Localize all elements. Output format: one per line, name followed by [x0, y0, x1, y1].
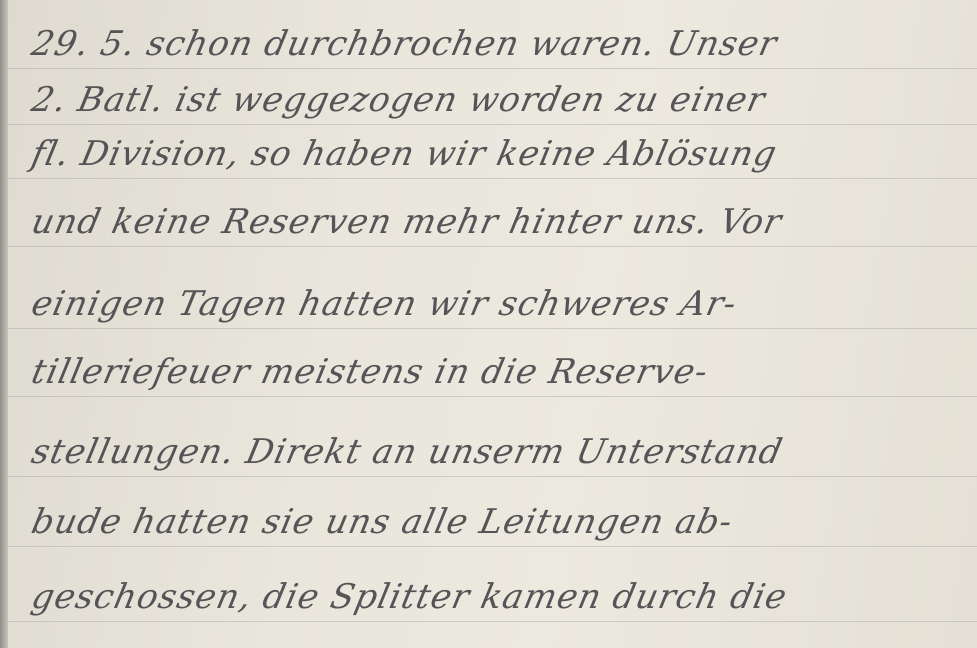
text-line-3: fl. Division, so haben wir keine Ablösun…	[28, 134, 966, 174]
ruled-line	[8, 246, 977, 247]
page-binding-edge	[0, 0, 8, 648]
text-line-9: geschossen, die Splitter kamen durch die	[28, 577, 966, 617]
ruled-line	[8, 178, 977, 179]
ruled-line	[8, 124, 977, 125]
text-line-2: 2. Batl. ist weggezogen worden zu einer	[28, 80, 966, 120]
ruled-line	[8, 328, 977, 329]
text-line-5: einigen Tagen hatten wir schweres Ar-	[28, 284, 966, 324]
text-line-6: tilleriefeuer meistens in die Reserve-	[28, 352, 966, 392]
text-line-4: und keine Reserven mehr hinter uns. Vor	[28, 202, 966, 242]
ruled-line	[8, 476, 977, 477]
ruled-line	[8, 546, 977, 547]
text-line-1: 29. 5. schon durchbrochen waren. Unser	[28, 24, 966, 64]
diary-page: 29. 5. schon durchbrochen waren. Unser 2…	[0, 0, 977, 648]
text-line-7: stellungen. Direkt an unserm Unterstand	[28, 432, 966, 472]
ruled-line	[8, 68, 977, 69]
ruled-line	[8, 396, 977, 397]
text-line-8: bude hatten sie uns alle Leitungen ab-	[28, 502, 966, 542]
ruled-line	[8, 621, 977, 622]
